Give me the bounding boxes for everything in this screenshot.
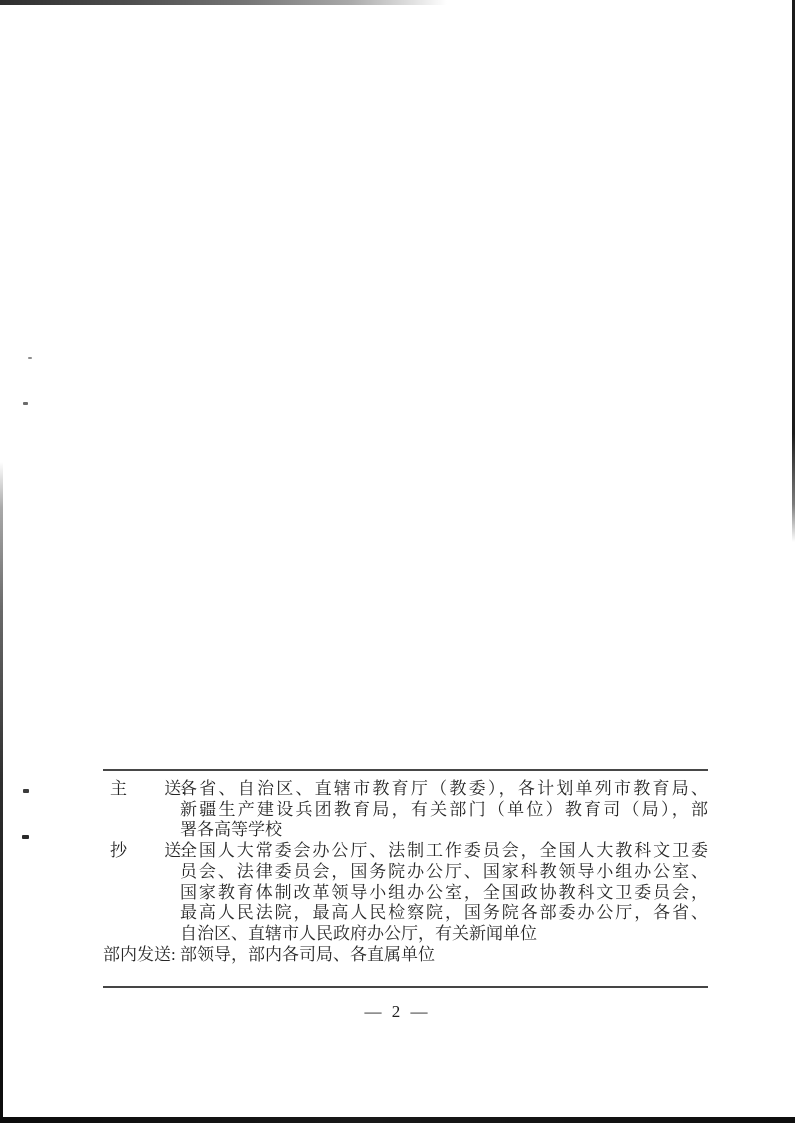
distribution-line: 署各高等学校 <box>180 820 708 841</box>
row-label-copy-send: 抄 送: <box>110 841 186 862</box>
distribution-row-internal-send: 部内发送: 部领导，部内各司局、各直属单位 <box>103 945 708 966</box>
distribution-line: 全国人大常委会办公厅、法制工作委员会，全国人大教科文卫委 <box>180 841 708 862</box>
distribution-line: 国家教育体制改革领导小组办公室，全国政协教科文卫委员会， <box>180 883 708 904</box>
distribution-line: 最高人民法院，最高人民检察院，国务院各部委办公厅，各省、 <box>180 903 708 924</box>
distribution-line: 部领导，部内各司局、各直属单位 <box>180 945 708 966</box>
distribution-row-copy-send: 抄 送: 全国人大常委会办公厅、法制工作委员会，全国人大教科文卫委 员会、法律委… <box>103 841 708 945</box>
scan-speck <box>28 357 32 359</box>
label-char: 送: <box>164 841 186 862</box>
scan-speck <box>22 835 29 839</box>
row-label-internal-send: 部内发送: <box>103 945 176 966</box>
label-char: 送: <box>164 779 186 800</box>
scan-speck <box>23 789 29 793</box>
row-label-main-send: 主 送: <box>110 779 186 800</box>
distribution-line: 新疆生产建设兵团教育局，有关部门（单位）教育司（局），部 <box>180 800 708 821</box>
scan-edge-left <box>0 462 3 1123</box>
distribution-line: 员会、法律委员会，国务院办公厅、国家科教领导小组办公室、 <box>180 862 708 883</box>
page-number: — 2 — <box>0 1002 795 1022</box>
label-char: 主 <box>110 779 127 800</box>
distribution-row-main-send: 主 送: 各省、自治区、直辖市教育厅（教委），各计划单列市教育局、 新疆生产建设… <box>103 779 708 841</box>
label-char: 抄 <box>110 841 127 862</box>
distribution-list: 主 送: 各省、自治区、直辖市教育厅（教委），各计划单列市教育局、 新疆生产建设… <box>103 769 708 988</box>
scan-edge-top <box>0 0 447 5</box>
scan-speck <box>23 402 28 405</box>
distribution-line: 各省、自治区、直辖市教育厅（教委），各计划单列市教育局、 <box>180 779 708 800</box>
scan-edge-bottom <box>0 1117 795 1123</box>
distribution-line: 自治区、直辖市人民政府办公厅，有关新闻单位 <box>180 924 708 945</box>
